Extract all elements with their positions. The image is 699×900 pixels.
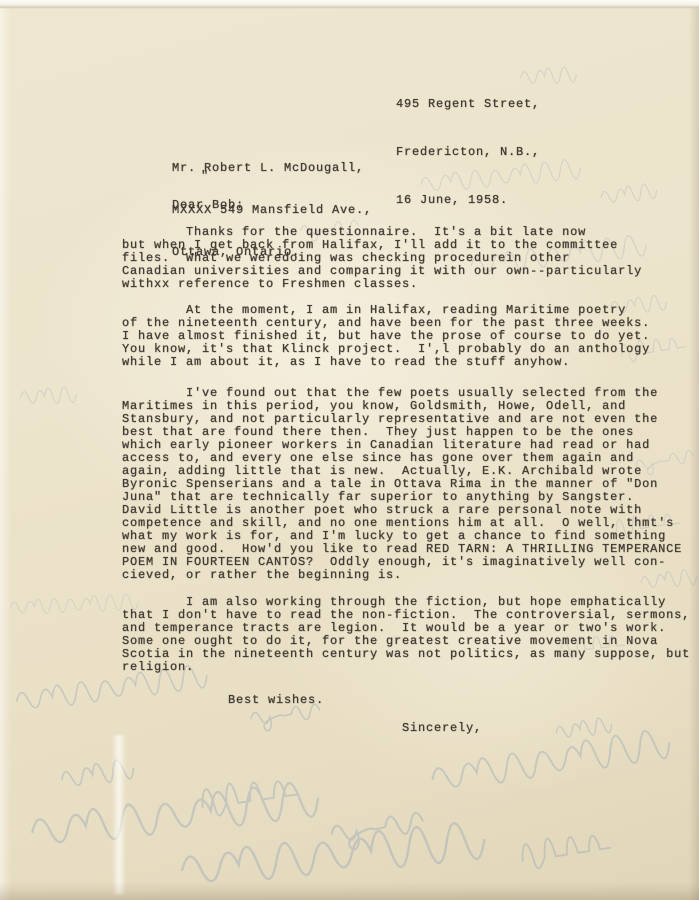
- stray-typed-mark: ": [201, 170, 209, 183]
- paper-edge-bottom: [0, 882, 699, 900]
- paragraph-2: At the moment, I am in Halifax, reading …: [122, 304, 650, 369]
- paragraph-1: Thanks for the questionnaire. It's a bit…: [122, 226, 642, 291]
- complimentary-close: Best wishes.: [228, 694, 324, 707]
- sender-address-line: 495 Regent Street,: [396, 96, 540, 112]
- sender-address-line: Fredericton, N.B.,: [396, 144, 540, 160]
- signoff: Sincerely,: [402, 722, 482, 735]
- paper-crease: [112, 735, 126, 895]
- letter-page: 495 Regent Street, Fredericton, N.B., 16…: [0, 0, 699, 900]
- paper-edge-left: [0, 0, 12, 900]
- salutation: Dear Bob:: [172, 199, 244, 212]
- sender-address: 495 Regent Street, Fredericton, N.B., 16…: [396, 64, 540, 240]
- paragraph-3: I've found out that the few poets usuall…: [122, 387, 682, 582]
- paper-edge-top: [0, 0, 699, 9]
- letter-date: 16 June, 1958.: [396, 192, 540, 208]
- paper-edge-right: [689, 0, 699, 900]
- paragraph-4: I am also working through the fiction, b…: [122, 596, 690, 674]
